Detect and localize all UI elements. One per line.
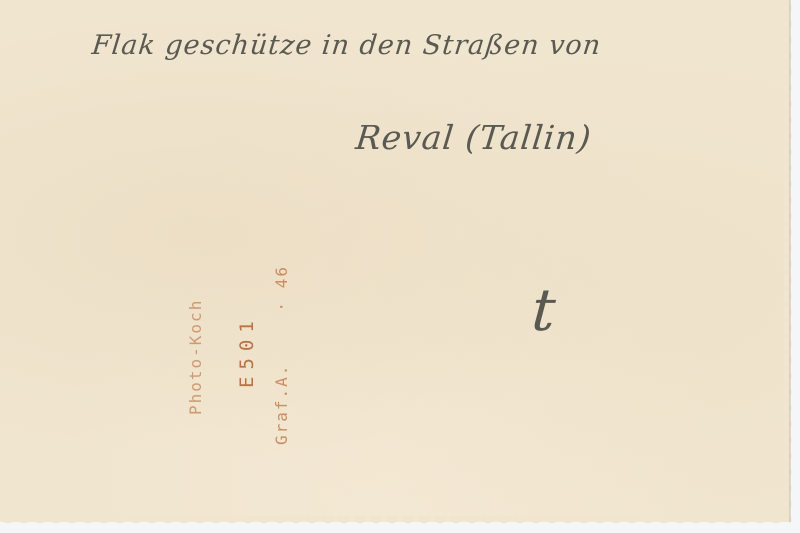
handwritten-mark: t bbox=[530, 276, 559, 344]
handwritten-caption-line-2: Reval (Tallin) bbox=[354, 118, 594, 157]
deckled-bottom-edge bbox=[0, 516, 790, 528]
stamp-date-left: Graf.A. bbox=[272, 364, 291, 445]
stamp-studio-name: Photo-Koch bbox=[186, 299, 205, 415]
handwritten-caption-line-1: Flak geschütze in den Straßen von bbox=[90, 30, 602, 61]
stamp-negative-number: E501 bbox=[236, 314, 258, 388]
stamp-date-line: Graf.A.· 46 bbox=[272, 265, 291, 445]
photo-back-card: Flak geschütze in den Straßen von Reval … bbox=[0, 0, 790, 522]
edge-shadow bbox=[789, 0, 791, 522]
stamp-date-right: · 46 bbox=[272, 265, 291, 312]
